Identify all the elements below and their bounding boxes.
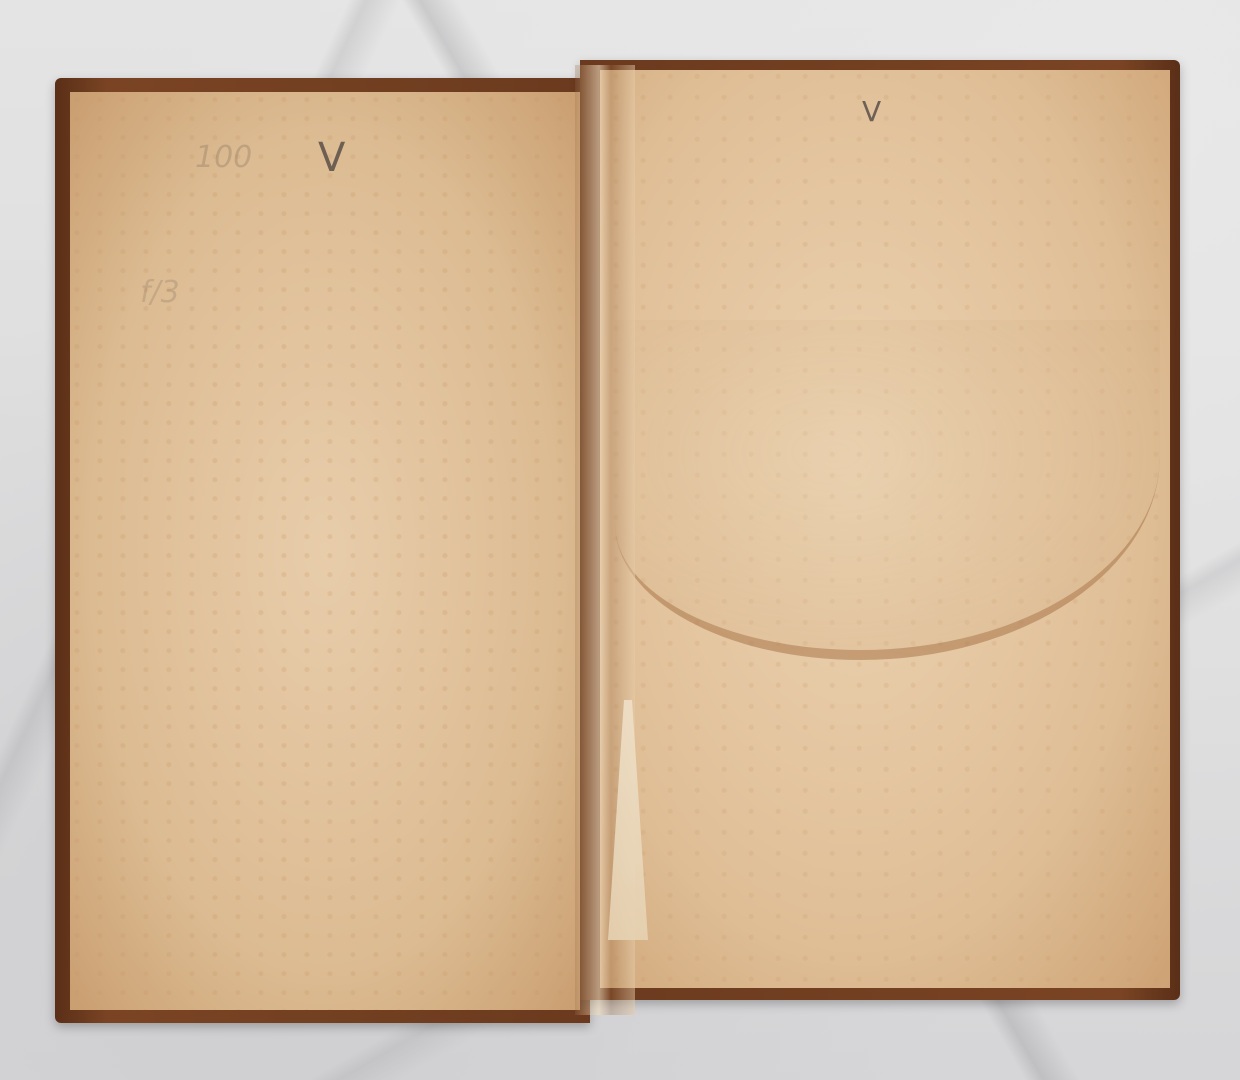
left-endpaper	[70, 92, 580, 1010]
pencil-mark-right: V	[862, 95, 881, 128]
pencil-mark-left: V	[318, 135, 345, 181]
faint-pencil-number: 100	[195, 140, 252, 175]
faint-pencil-scribble: f/3	[140, 275, 180, 310]
